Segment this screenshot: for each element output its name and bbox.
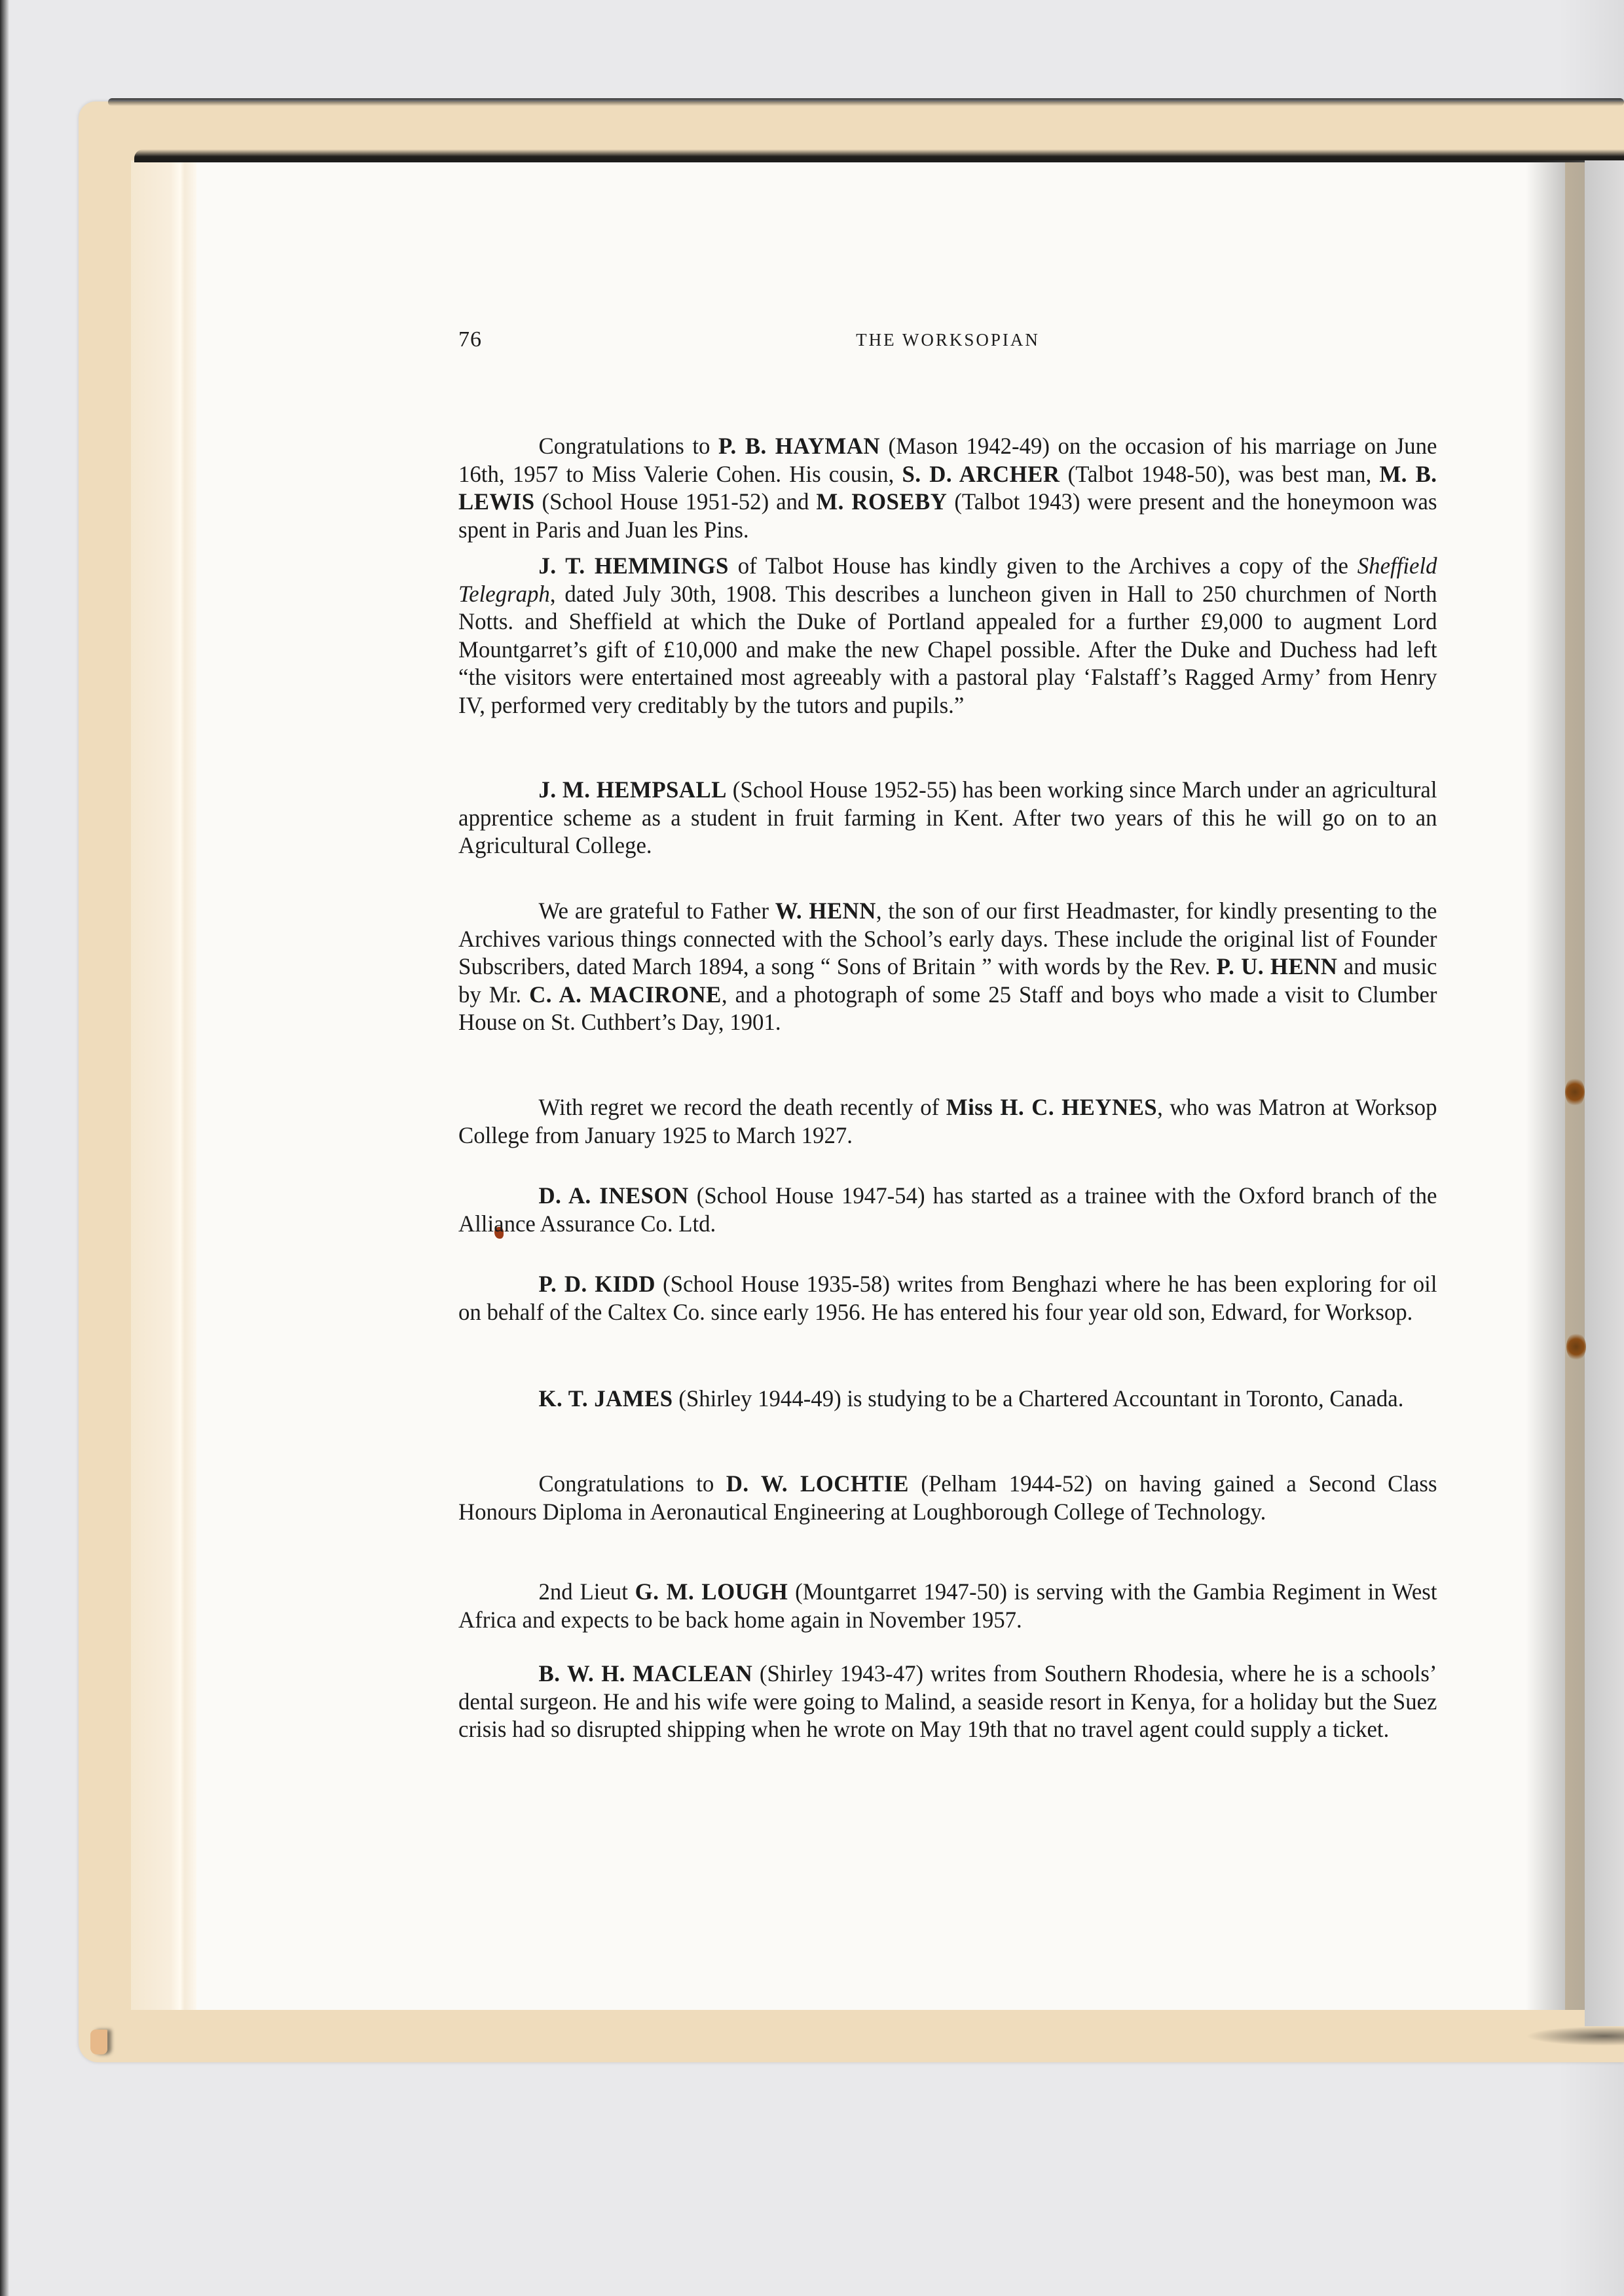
person-name: P. U. HENN <box>1217 953 1338 979</box>
text-run: 2nd Lieut <box>539 1578 635 1605</box>
text-run: (Talbot 1948-50), was best man, <box>1060 461 1379 487</box>
paragraph-ineson: D. A. INESON (School House 1947-54) has … <box>458 1182 1437 1237</box>
person-name: P. B. HAYMAN <box>718 433 880 459</box>
paragraph-heynes: With regret we record the death recently… <box>458 1093 1437 1149</box>
person-name: W. HENN <box>775 898 876 924</box>
paragraph-kidd: P. D. KIDD (School House 1935-58) writes… <box>458 1270 1437 1326</box>
page-gutter <box>131 160 196 2010</box>
person-name: G. M. LOUGH <box>635 1578 788 1605</box>
text-run: We are grateful to Father <box>539 898 775 924</box>
journal-title: THE WORKSOPIAN <box>458 330 1437 350</box>
paragraph-hayman: Congratulations to P. B. HAYMAN (Mason 1… <box>458 432 1437 543</box>
cover-bottom-shadow <box>1526 2026 1624 2046</box>
scanner-edge-shadow <box>0 0 9 2296</box>
page-text-column: 76 THE WORKSOPIAN Congratulations to P. … <box>458 327 1437 367</box>
paragraph-lough: 2nd Lieut G. M. LOUGH (Mountgarret 1947-… <box>458 1578 1437 1633</box>
person-name: K. T. JAMES <box>539 1385 673 1412</box>
next-page-edge <box>1585 160 1624 2026</box>
foxing-spot <box>1566 1332 1586 1361</box>
person-name: S. D. ARCHER <box>902 461 1060 487</box>
person-name: J. T. HEMMINGS <box>539 553 729 579</box>
person-name: M. ROSEBY <box>816 488 947 515</box>
person-name: B. W. H. MACLEAN <box>539 1660 753 1686</box>
text-run: With regret we record the death recently… <box>539 1094 946 1120</box>
text-run: of Talbot House has kindly given to the … <box>729 553 1357 579</box>
page-top-shadow <box>134 149 1624 162</box>
text-run: , dated July 30th, 1908. This describes … <box>458 581 1437 718</box>
cover-top-shadow <box>108 98 1624 106</box>
person-name: Miss H. C. HEYNES <box>946 1094 1157 1120</box>
paragraph-james: K. T. JAMES (Shirley 1944-49) is studyin… <box>458 1385 1437 1413</box>
paragraph-lochtie: Congratulations to D. W. LOCHTIE (Pelham… <box>458 1470 1437 1525</box>
text-run: Congratulations to <box>539 1470 726 1497</box>
person-name: P. D. KIDD <box>539 1271 656 1297</box>
person-name: D. A. INESON <box>539 1182 689 1209</box>
foxing-spot <box>1565 1077 1585 1107</box>
paragraph-hempsall: J. M. HEMPSALL (School House 1952-55) ha… <box>458 776 1437 860</box>
cover-corner <box>90 2030 107 2054</box>
person-name: J. M. HEMPSALL <box>539 776 727 803</box>
text-run: Congratulations to <box>539 433 719 459</box>
text-run: (Shirley 1944-49) is studying to be a Ch… <box>673 1385 1404 1412</box>
person-name: D. W. LOCHTIE <box>726 1470 909 1497</box>
person-name: C. A. MACIRONE <box>529 981 722 1008</box>
text-run: (School House 1951-52) and <box>535 488 817 515</box>
paragraph-maclean: B. W. H. MACLEAN (Shirley 1943-47) write… <box>458 1660 1437 1743</box>
paragraph-hemmings: J. T. HEMMINGS of Talbot House has kindl… <box>458 552 1437 719</box>
paragraph-henn: We are grateful to Father W. HENN, the s… <box>458 897 1437 1036</box>
running-head: 76 THE WORKSOPIAN <box>458 327 1437 367</box>
